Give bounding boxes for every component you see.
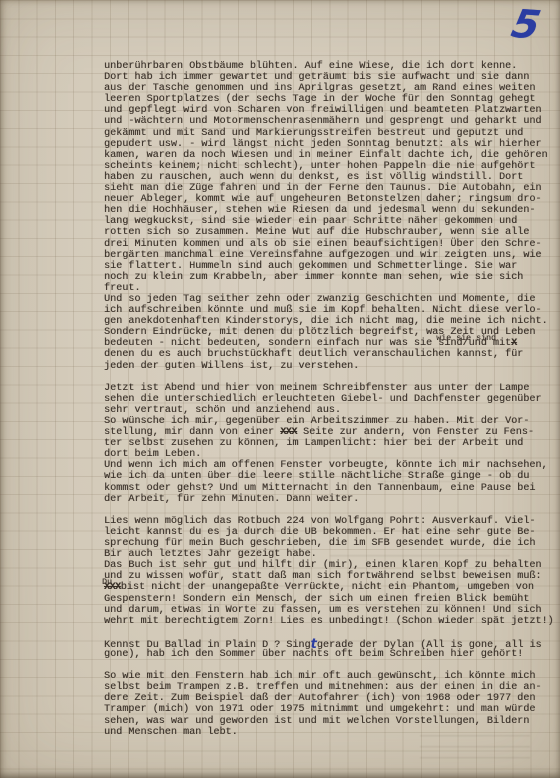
text-line: bergärten manchmal eine Vereinsfahne auf… <box>104 250 554 261</box>
text-line: lang wegkuckst, sind sie wieder ein paar… <box>104 216 554 227</box>
text-line: aus der Tasche genommen und ins Aprilgra… <box>104 83 554 94</box>
text-line: bedeuten - nicht bedeuten, sondern einfa… <box>104 338 554 349</box>
text-line: DuXXXbist nicht der unangepaßte Verrückt… <box>104 582 554 593</box>
typewritten-paragraph-block: So wie mit den Fenstern hab ich mir oft … <box>104 671 554 738</box>
text-line: der Arbeit, für zehn Minuten. Dann weite… <box>104 494 554 505</box>
typewritten-text: unberührbaren Obstbäume blühten. Auf ein… <box>104 61 554 738</box>
ink-bleedthrough-smudge <box>420 735 530 759</box>
typewritten-paragraph-block: Lies wenn möglich das Rotbuch 224 von Wo… <box>104 516 554 627</box>
text-line: wie ich da unten über die leere stille n… <box>104 471 554 482</box>
text-line: denen du es auch bruchstückhaft deutlich… <box>104 349 554 360</box>
text-line: gone), hab ich den Sommer über nachts of… <box>104 649 554 660</box>
text-line: wehrt mit berechtigtem Zorn! Lies es unb… <box>104 616 554 627</box>
struck-out-text: XXX <box>280 427 297 438</box>
typewritten-paragraph-block: Kennst Du Ballad in Plain D ? Singtgerad… <box>104 638 554 660</box>
text-line: leeren Sportplatzes (der sechs Tage in d… <box>104 94 554 105</box>
text-line: Das Buch ist sehr gut und hilft dir (mir… <box>104 560 554 571</box>
struck-out-text: X <box>511 338 517 349</box>
text-line: gen anekdotenhaften Kinderstorys, die ic… <box>104 316 554 327</box>
text-line: sieht man die Züge fahren und in der Fer… <box>104 183 554 194</box>
text-line: Tramper (mich) von 1971 oder 1975 mitnim… <box>104 704 554 715</box>
text-line: Jetzt ist Abend und hier von meinem Schr… <box>104 383 554 394</box>
text-line: stellung, mir dann von einer XXX Seite z… <box>104 427 554 438</box>
text-line: selbst beim Trampen z.B. treffen und mit… <box>104 682 554 693</box>
text-line: sehen die unterschiedlich erleuchteten G… <box>104 394 554 405</box>
text-line: Dort hab ich immer gewartet und geträumt… <box>104 72 554 83</box>
text-line: hen die Hochhäuser, stehen wie Riesen da… <box>104 205 554 216</box>
text-line: unberührbaren Obstbäume blühten. Auf ein… <box>104 61 554 72</box>
text-line: ter selbst zusehen zu können, im Lampenl… <box>104 438 554 449</box>
text-line: und Menschen man lebt. <box>104 727 554 738</box>
text-line: Bir auch letztes Jahr gezeigt habe. <box>104 549 554 560</box>
text-line: So wünsche ich mir, gegenüber ein Arbeit… <box>104 416 554 427</box>
text-line: kamen, waren da noch Wiesen und in meine… <box>104 150 554 161</box>
text-line: sehen, was war und geworden ist und mit … <box>104 716 554 727</box>
text-line: sie flattert. Hummeln sind auch gekommen… <box>104 261 554 272</box>
text-line: Und so jeden Tag seither zehn oder zwanz… <box>104 294 554 305</box>
text-line: noch zu klein zum Krabbeln, aber immer k… <box>104 272 554 283</box>
text-line: jeden der guten Willens ist, zu verstehe… <box>104 361 554 372</box>
text-line: freut. <box>104 283 554 294</box>
text-line: Gespenstern! Sondern ein Mensch, der sic… <box>104 594 554 605</box>
text-line: und gepflegt wird von Scharen von freiwi… <box>104 105 554 116</box>
handwritten-page-number: 5 <box>507 3 551 51</box>
text-line: Kennst Du Ballad in Plain D ? Singtgerad… <box>104 638 554 649</box>
text-line: dere Zeit. Zum Beispiel daß der Autofahr… <box>104 693 554 704</box>
typewritten-paragraph-block: unberührbaren Obstbäume blühten. Auf ein… <box>104 61 554 372</box>
text-line: und darum, etwas in Worte zu fassen, um … <box>104 605 554 616</box>
text-line: So wie mit den Fenstern hab ich mir oft … <box>104 671 554 682</box>
typewritten-paragraph-block: Jetzt ist Abend und hier von meinem Schr… <box>104 383 554 505</box>
text-line: kommst oder gehst? Und um Mitternacht in… <box>104 483 554 494</box>
text-line: sehr vertraut, schön und anziehend aus. <box>104 405 554 416</box>
text-line: gepudert usw. - wird längst nicht jeden … <box>104 139 554 150</box>
text-line: ich aufschreiben könnte und muß sie im K… <box>104 305 554 316</box>
text-line: Lies wenn möglich das Rotbuch 224 von Wo… <box>104 516 554 527</box>
text-line: und -wächtern und Motormenschenrasenmähe… <box>104 116 554 127</box>
text-line: neuer Ableger, kommt wie auf ungeheuren … <box>104 194 554 205</box>
text-line: haben zu rauschen, auch wenn du denkst, … <box>104 172 554 183</box>
text-line: Und wenn ich mich am offenen Fenster vor… <box>104 460 554 471</box>
text-line: sprechung für mein Buch geschrieben, die… <box>104 538 554 549</box>
text-line: und zu wissen wofür, statt daß man sich … <box>104 571 554 582</box>
text-line: leicht kannst du es ja durch die UB beko… <box>104 527 554 538</box>
text-line: scheints keinem; nicht schlecht), unter … <box>104 161 554 172</box>
notebook-page: 5 unberührbaren Obstbäume blühten. Auf e… <box>0 0 560 778</box>
text-line: rotten sich so zusammen. Meine Wut auf d… <box>104 227 554 238</box>
text-line: gekämmt und mit Sand und Markierungsstre… <box>104 128 554 139</box>
text-line: drei Minuten kommen und als ob sie einen… <box>104 239 554 250</box>
text-line: dort beim Leben. <box>104 449 554 460</box>
